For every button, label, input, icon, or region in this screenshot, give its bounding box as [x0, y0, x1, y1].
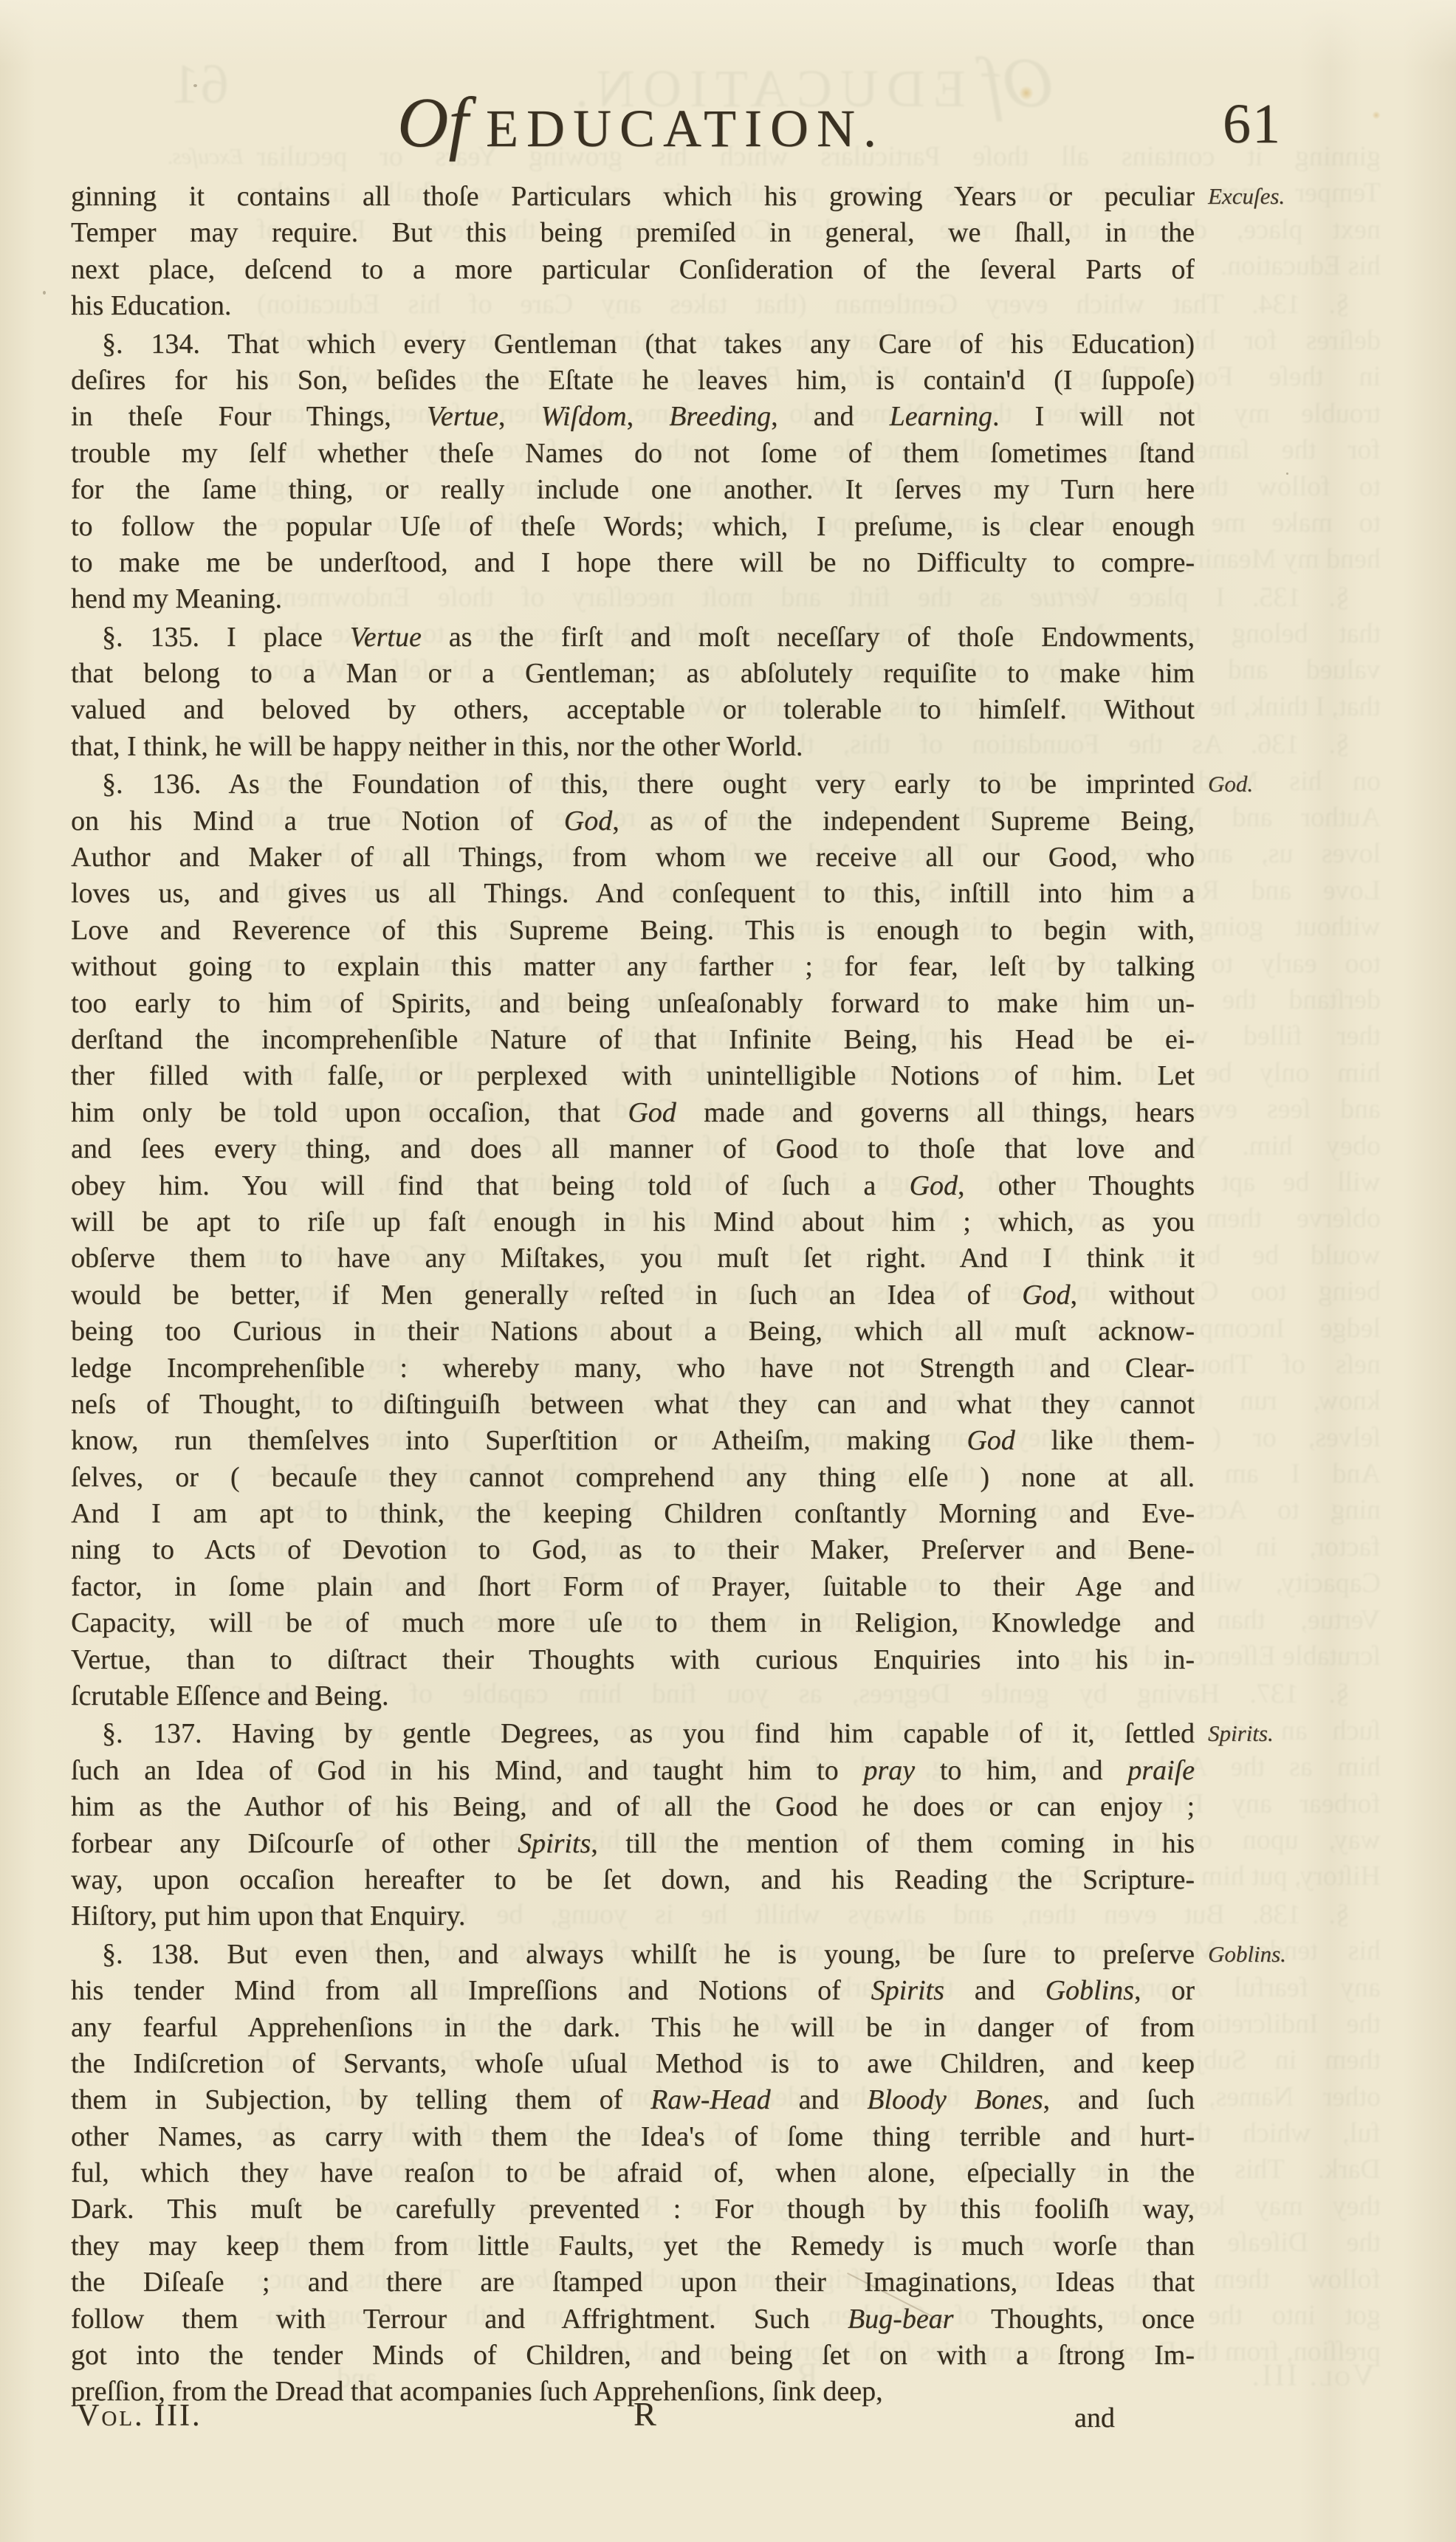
text-line: for the ſame thing, or really include on… — [71, 472, 1195, 508]
margin-note: Goblins. — [1208, 1941, 1286, 1968]
paragraph: §. 138. But even then, and always whilſt… — [71, 1937, 1195, 2411]
text-line: Vertue, than to diſtract their Thoughts … — [71, 1642, 1195, 1678]
margin-note: God. — [1208, 771, 1253, 797]
text-line: ther filled with falſe, or perplexed wit… — [71, 1058, 1195, 1094]
paragraph: §. 135. I place Vertue as the firſt and … — [71, 619, 1195, 766]
volume-label: Vol. III. — [77, 2398, 202, 2433]
text-line: Capacity, will be of much more uſe to th… — [71, 1605, 1195, 1641]
text-line: loves us, and gives us all Things. And c… — [71, 876, 1195, 912]
text-line: preſſion, from the Dread that acompanies… — [71, 2374, 1195, 2410]
text-line: And I am apt to think, the keeping Child… — [71, 1496, 1195, 1532]
text-line: deſires for his Son, beſides the Eſtate … — [71, 363, 1195, 399]
paragraph: §. 137. Having by gentle Degrees, as you… — [71, 1716, 1195, 1934]
text-line: trouble my ſelf whether theſe Names do n… — [71, 436, 1195, 472]
text-line: Author and Maker of all Things, from who… — [71, 839, 1195, 876]
text-line: §. 138. But even then, and always whilſt… — [71, 1937, 1195, 1973]
text-line: got into the tender Minds of Children, a… — [71, 2337, 1195, 2374]
text-line: without going to explain this matter any… — [71, 949, 1195, 985]
text-line: neſs of Thought, to diſtinguiſh between … — [71, 1387, 1195, 1423]
text-line: too early to him of Spirits, and being u… — [71, 986, 1195, 1022]
text-line: the Diſeaſe ; and there are ſtamped upon… — [71, 2264, 1195, 2301]
text-line: factor, in ſome plain and ſhort Form of … — [71, 1569, 1195, 1605]
text-line: would be better, if Men generally reſted… — [71, 1277, 1195, 1313]
text-line: forbear any Diſcourſe of other Spirits, … — [71, 1826, 1195, 1862]
text-line: to follow the popular Uſe of theſe Words… — [71, 509, 1195, 545]
text-line: Dark. This muſt be carefully prevented :… — [71, 2191, 1195, 2227]
text-line: ginning it contains all thoſe Particular… — [71, 179, 1195, 215]
running-header-title: EDUCATION. — [486, 102, 885, 155]
page-number: 61 — [1223, 96, 1282, 152]
text-line: way, upon occaſion hereafter to be ſet d… — [71, 1862, 1195, 1898]
text-line: that, I think, he will be happy neither … — [71, 729, 1195, 765]
text-line: obey him. You will find that being told … — [71, 1168, 1195, 1204]
text-line: ſcrutable Eſſence and Being. — [71, 1678, 1195, 1714]
text-line: any fearful Apprehenſions in the dark. T… — [71, 2010, 1195, 2046]
text-line: ning to Acts of Devotion to God, as to t… — [71, 1532, 1195, 1568]
text-line: will be apt to riſe up faſt enough in hi… — [71, 1204, 1195, 1240]
text-line: ledge Incomprehenſible : whereby many, w… — [71, 1350, 1195, 1387]
text-line: know, run themſelves into Superſtition o… — [71, 1423, 1195, 1459]
text-line: being too Curious in their Nations about… — [71, 1313, 1195, 1350]
running-header: Of EDUCATION. — [397, 87, 885, 158]
text-line: in theſe Four Things, Vertue, Wiſdom, Br… — [71, 399, 1195, 435]
text-line: valued and beloved by others, acceptable… — [71, 692, 1195, 728]
text-line: to make me be underſtood, and I hope the… — [71, 545, 1195, 581]
text-line: §. 136. As the Foundation of this, there… — [71, 766, 1195, 803]
margin-note: Excuſes. — [1208, 183, 1285, 210]
text-line: they may keep them from little Faults, y… — [71, 2228, 1195, 2264]
text-line: them in Subjection, by telling them of R… — [71, 2082, 1195, 2118]
text-line: §. 134. That which every Gentleman (that… — [71, 326, 1195, 363]
paragraph: §. 136. As the Foundation of this, there… — [71, 766, 1195, 1714]
text-line: next place, deſcend to a more particular… — [71, 252, 1195, 288]
running-header-of: Of — [397, 87, 468, 158]
text-line: §. 137. Having by gentle Degrees, as you… — [71, 1716, 1195, 1752]
text-block: ginning it contains all thoſe Particular… — [71, 179, 1195, 2411]
margin-note: Spirits. — [1208, 1720, 1274, 1747]
text-line: on his Mind a true Notion of God, as of … — [71, 803, 1195, 839]
text-line: ſelves, or ( becauſe they cannot compreh… — [71, 1460, 1195, 1496]
paragraph: §. 134. That which every Gentleman (that… — [71, 326, 1195, 618]
text-line: and ſees every thing, and does all manne… — [71, 1131, 1195, 1167]
text-line: hend my Meaning. — [71, 581, 1195, 617]
text-line: derſtand the incomprehenſible Nature of … — [71, 1022, 1195, 1058]
text-line: follow them with Terrour and Affrightmen… — [71, 2301, 1195, 2337]
text-line: ful, which they have reaſon to be afraid… — [71, 2155, 1195, 2191]
signature-mark: R — [633, 2395, 656, 2433]
catchword: and — [1074, 2401, 1115, 2435]
text-line: him only be told upon occaſion, that God… — [71, 1095, 1195, 1131]
text-line: ſuch an Idea of God in his Mind, and tau… — [71, 1753, 1195, 1789]
page-content: Of EDUCATION. 61 ginning it contains all… — [0, 0, 1456, 2542]
text-line: his Education. — [71, 288, 1195, 324]
text-line: him as the Author of his Being, and of a… — [71, 1789, 1195, 1825]
text-line: other Names, as carry with them the Idea… — [71, 2119, 1195, 2155]
text-line: Hiſtory, put him upon that Enquiry. — [71, 1898, 1195, 1934]
text-line: Love and Reverence of this Supreme Being… — [71, 913, 1195, 949]
text-line: Temper may require. But this being premi… — [71, 215, 1195, 251]
text-line: §. 135. I place Vertue as the firſt and … — [71, 619, 1195, 656]
text-line: the Indiſcretion of Servants, whoſe uſua… — [71, 2046, 1195, 2082]
text-line: obſerve them to have any Miſtakes, you m… — [71, 1240, 1195, 1277]
text-line: his tender Mind from all Impreſſions and… — [71, 1973, 1195, 2009]
book-page-scan: Of EDUCATION. 61 ginning it contains all… — [0, 0, 1456, 2542]
paragraph: ginning it contains all thoſe Particular… — [71, 179, 1195, 325]
text-line: that belong to a Man or a Gentleman; as … — [71, 656, 1195, 692]
